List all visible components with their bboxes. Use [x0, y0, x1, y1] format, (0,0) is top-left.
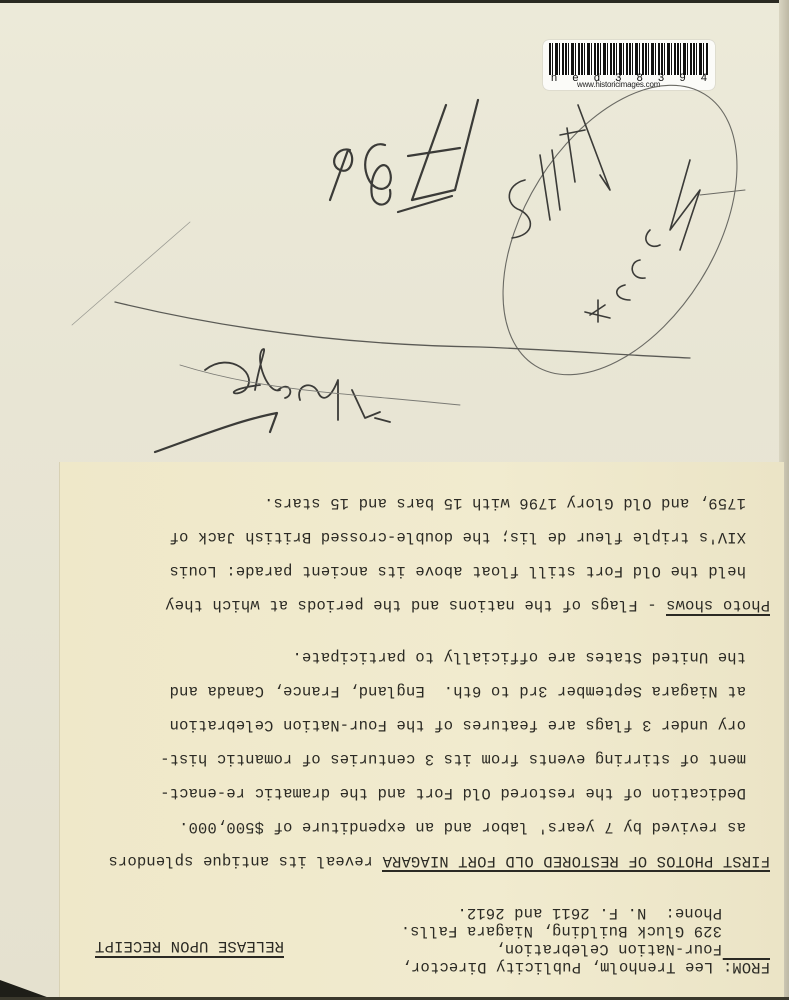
- body-line: at Niagara September 3rd to 6th. England…: [169, 682, 746, 700]
- barcode-digit: 4: [701, 73, 707, 84]
- from-line: Four-Nation Celebration,: [495, 940, 722, 958]
- photo-shows-line: Photo shows - Flags of the nations and t…: [165, 596, 770, 614]
- handwritten-location: [509, 105, 700, 322]
- body-line: reveal its antique splendors: [108, 852, 382, 870]
- body-line: ory under 3 flags are features of the Fo…: [169, 716, 746, 734]
- barcode-site: www.historicimages.com: [577, 80, 660, 89]
- caption-sheet: FROM: Lee Trenholm, Publicity Director, …: [60, 462, 784, 1000]
- photo-line: - Flags of the nations and the periods a…: [165, 596, 666, 614]
- handwritten-line: [115, 302, 690, 358]
- barcode-icon: [549, 43, 709, 75]
- from-line: Phone: N. F. 2611 and 2612.: [457, 904, 722, 922]
- from-line: Lee Trenholm, Publicity Director,: [401, 958, 713, 976]
- body-line: ment of stirring events from its 3 centu…: [160, 750, 746, 768]
- caption-upside-down: FROM: Lee Trenholm, Publicity Director, …: [60, 462, 784, 1000]
- from-label: FROM:: [723, 958, 770, 976]
- body-line: Dedication of the restored Old Fort and …: [160, 784, 746, 802]
- photo-back: n e d 3 8 3 9 4 www.historicimages.com: [0, 0, 789, 1000]
- handwritten-circle: [455, 44, 786, 416]
- handwritten-signature: [180, 349, 460, 422]
- barcode-label: n e d 3 8 3 9 4 www.historicimages.com: [543, 40, 715, 90]
- release-note: RELEASE UPON RECEIPT: [95, 938, 284, 958]
- body-line: as revived by 7 years' labor and an expe…: [179, 818, 746, 836]
- headline: FIRST PHOTOS OF RESTORED OLD FORT NIAGAR…: [382, 852, 770, 872]
- from-line: 329 Gluck Building, Niagara Falls.: [401, 922, 722, 940]
- top-edge: [0, 0, 789, 3]
- from-block: FROM: Lee Trenholm, Publicity Director,: [401, 958, 770, 976]
- headline-line: FIRST PHOTOS OF RESTORED OLD FORT NIAGAR…: [108, 852, 770, 870]
- body-line: the United States are officially to part…: [292, 648, 746, 666]
- barcode-digit: n: [551, 73, 557, 84]
- barcode-digit: 9: [679, 73, 685, 84]
- photo-label: Photo shows: [666, 596, 770, 616]
- photo-line: 1759, and Old Glory 1796 with 15 bars an…: [264, 494, 746, 512]
- handwritten-arrow: [155, 413, 277, 452]
- photo-line: held the Old Fort still float above its …: [169, 562, 746, 580]
- photo-line: XIV's triple fleur de lis; the double-cr…: [169, 528, 746, 546]
- handwritten-catalog-code: [330, 100, 478, 212]
